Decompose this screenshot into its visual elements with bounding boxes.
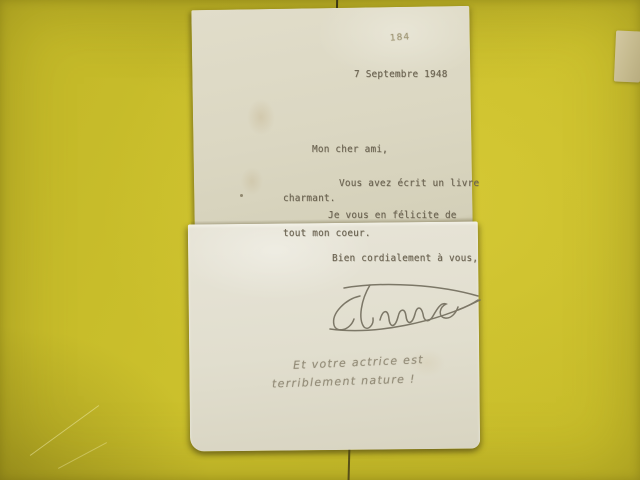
hanging-string-bottom <box>348 446 351 480</box>
letter-salutation: Mon cher ami, <box>312 144 388 155</box>
letter-body-line: charmant. <box>283 193 336 204</box>
letter-date: 7 Septembre 1948 <box>354 69 448 80</box>
pencil-number: 184 <box>390 32 411 43</box>
letter-body-line: Je vous en félicite de <box>328 210 457 221</box>
photograph-of-typed-letter: 184 7 Septembre 1948 Mon cher ami, Vous … <box>0 0 640 480</box>
background-scratch <box>30 405 99 456</box>
letter-closing: Bien cordialement à vous, <box>332 253 478 264</box>
letter-body-line: tout mon coeur. <box>283 228 371 239</box>
tape-fragment <box>614 30 640 82</box>
paper-speck <box>240 194 243 197</box>
background-scratch <box>58 442 107 469</box>
signature-handwriting <box>300 272 485 336</box>
letter-body-line: Vous avez écrit un livre <box>339 178 479 189</box>
